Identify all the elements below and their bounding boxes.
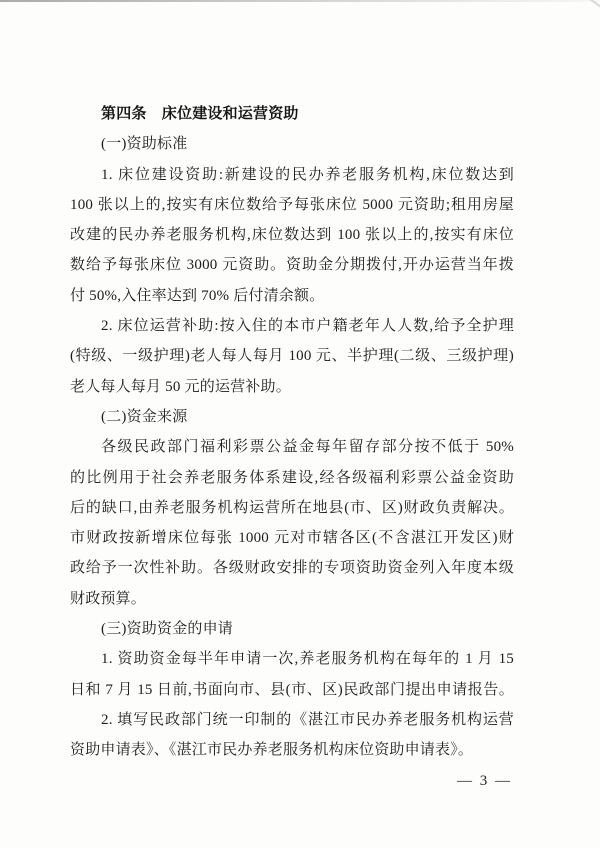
paragraph-line: 资助申请表》、《湛江市民办养老服务机构床位资助申请表》。 — [70, 735, 514, 765]
document-page: 第四条 床位建设和运营资助 (一)资助标准 1. 床位建设资助:新建设的民办养老… — [0, 0, 600, 848]
paragraph-line: 市财政按新增床位每张 1000 元对市辖各区(不含湛江开发区)财 — [70, 523, 514, 553]
article-heading: 第四条 床位建设和运营资助 — [70, 99, 514, 129]
paragraph-line: 老人每人每月 50 元的运营补助。 — [70, 372, 514, 402]
paragraph-line: 1. 资助资金每半年申请一次,养老服务机构在每年的 1 月 15 — [70, 644, 514, 674]
paragraph-line: (特级、一级护理)老人每人每月 100 元、半护理(二级、三级护理) — [70, 341, 514, 371]
page-number: — 3 — — [70, 766, 514, 796]
paragraph-line: 改建的民办养老服务机构,床位数达到 100 张以上的,按实有床位 — [70, 220, 514, 250]
paragraph-line: 财政预算。 — [70, 584, 514, 614]
paragraph-line: 政给予一次性补助。各级财政安排的专项资助资金列入年度本级 — [70, 553, 514, 583]
paragraph-line: 各级民政部门福利彩票公益金每年留存部分按不低于 50% — [70, 432, 514, 462]
paragraph-line: 100 张以上的,按实有床位数给予每张床位 5000 元资助;租用房屋 — [70, 190, 514, 220]
paragraph-line: 1. 床位建设资助:新建设的民办养老服务机构,床位数达到 — [70, 160, 514, 190]
paragraph-line: 2. 床位运营补助:按入住的本市户籍老年人人数,给予全护理 — [70, 311, 514, 341]
document-body: 第四条 床位建设和运营资助 (一)资助标准 1. 床位建设资助:新建设的民办养老… — [70, 99, 514, 796]
scan-edge-artifact — [0, 0, 600, 2]
paragraph-line: 数给予每张床位 3000 元资助。资助金分期拨付,开办运营当年拨 — [70, 250, 514, 280]
paragraph-line: 日和 7 月 15 日前,书面向市、县(市、区)民政部门提出申请报告。 — [70, 675, 514, 705]
paragraph-line: 付 50%,入住率达到 70% 后付清余额。 — [70, 281, 514, 311]
section-label: (二)资金来源 — [70, 402, 514, 432]
section-label: (一)资助标准 — [70, 129, 514, 159]
paragraph-line: 的比例用于社会养老服务体系建设,经各级福利彩票公益金资助 — [70, 463, 514, 493]
section-label: (三)资助资金的申请 — [70, 614, 514, 644]
paragraph-line: 2. 填写民政部门统一印制的《湛江市民办养老服务机构运营 — [70, 705, 514, 735]
paragraph-line: 后的缺口,由养老服务机构运营所在地县(市、区)财政负责解决。 — [70, 493, 514, 523]
